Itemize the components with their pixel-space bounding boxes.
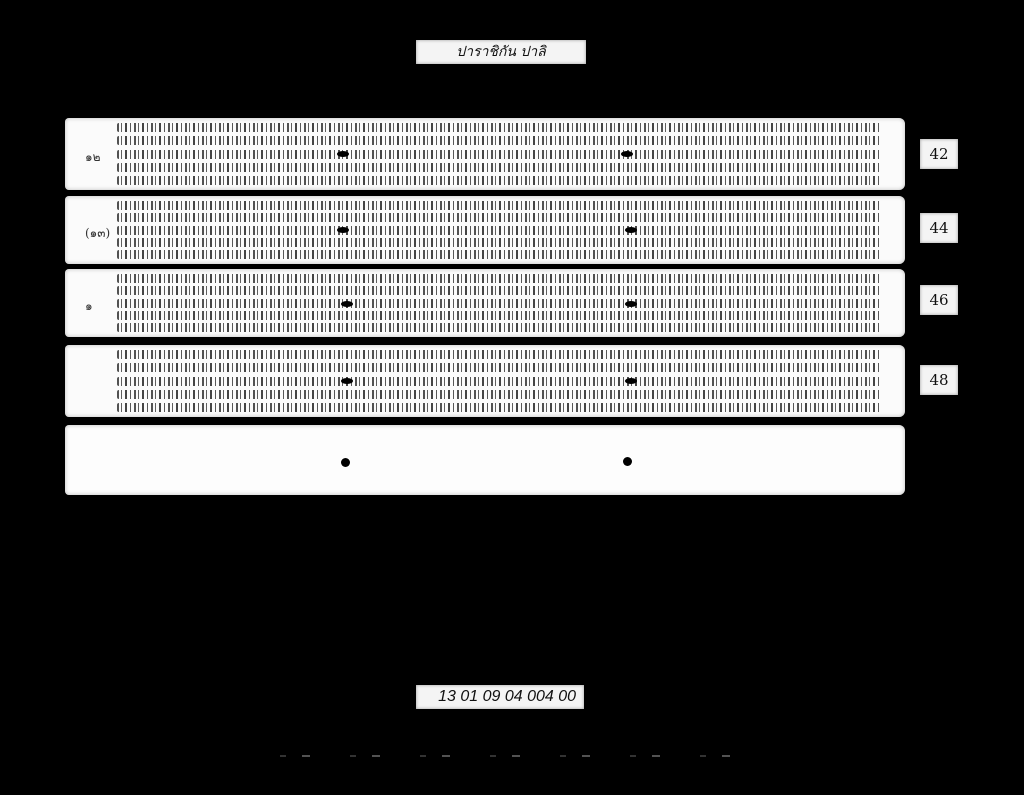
manuscript-text-lines xyxy=(117,123,881,185)
script-line xyxy=(117,150,881,159)
script-line xyxy=(117,286,881,295)
folio-mark: ๑๒ xyxy=(85,148,101,167)
string-hole-icon xyxy=(341,378,353,384)
script-line xyxy=(117,226,881,235)
script-line xyxy=(117,390,881,399)
script-line xyxy=(117,213,881,222)
string-hole-icon xyxy=(625,301,637,307)
string-hole-icon xyxy=(625,227,637,233)
page-number-label: 46 xyxy=(920,285,958,315)
string-hole-icon xyxy=(341,458,350,467)
film-edge-artifact xyxy=(280,755,740,757)
palm-leaf-page-46: ๑ xyxy=(65,269,905,337)
script-line xyxy=(117,377,881,386)
manuscript-text-lines xyxy=(117,274,881,332)
page-number-label: 48 xyxy=(920,365,958,395)
script-line xyxy=(117,163,881,172)
palm-leaf-page-42: ๑๒ xyxy=(65,118,905,190)
script-line xyxy=(117,201,881,210)
script-line xyxy=(117,403,881,412)
script-line xyxy=(117,238,881,247)
palm-leaf-blank xyxy=(65,425,905,495)
page-number-label: 44 xyxy=(920,213,958,243)
string-hole-icon xyxy=(623,457,632,466)
palm-leaf-page-44: (๑๓) xyxy=(65,196,905,264)
string-hole-icon xyxy=(341,301,353,307)
script-line xyxy=(117,136,881,145)
script-line xyxy=(117,123,881,132)
script-line xyxy=(117,299,881,308)
script-line xyxy=(117,250,881,259)
string-hole-icon xyxy=(337,151,349,157)
script-line xyxy=(117,311,881,320)
string-hole-icon xyxy=(621,151,633,157)
string-hole-icon xyxy=(625,378,637,384)
folio-mark: (๑๓) xyxy=(85,224,110,243)
folio-mark: ๑ xyxy=(85,297,93,316)
script-line xyxy=(117,363,881,372)
script-line xyxy=(117,274,881,283)
manuscript-title-label: ปาราชิกัน ปาลิ xyxy=(416,40,586,64)
microfilm-reel-code: 13 01 09 04 004 00 xyxy=(416,685,584,709)
page-number-label: 42 xyxy=(920,139,958,169)
palm-leaf-page-48 xyxy=(65,345,905,417)
manuscript-text-lines xyxy=(117,201,881,259)
script-line xyxy=(117,176,881,185)
script-line xyxy=(117,350,881,359)
script-line xyxy=(117,323,881,332)
manuscript-text-lines xyxy=(117,350,881,412)
string-hole-icon xyxy=(337,227,349,233)
